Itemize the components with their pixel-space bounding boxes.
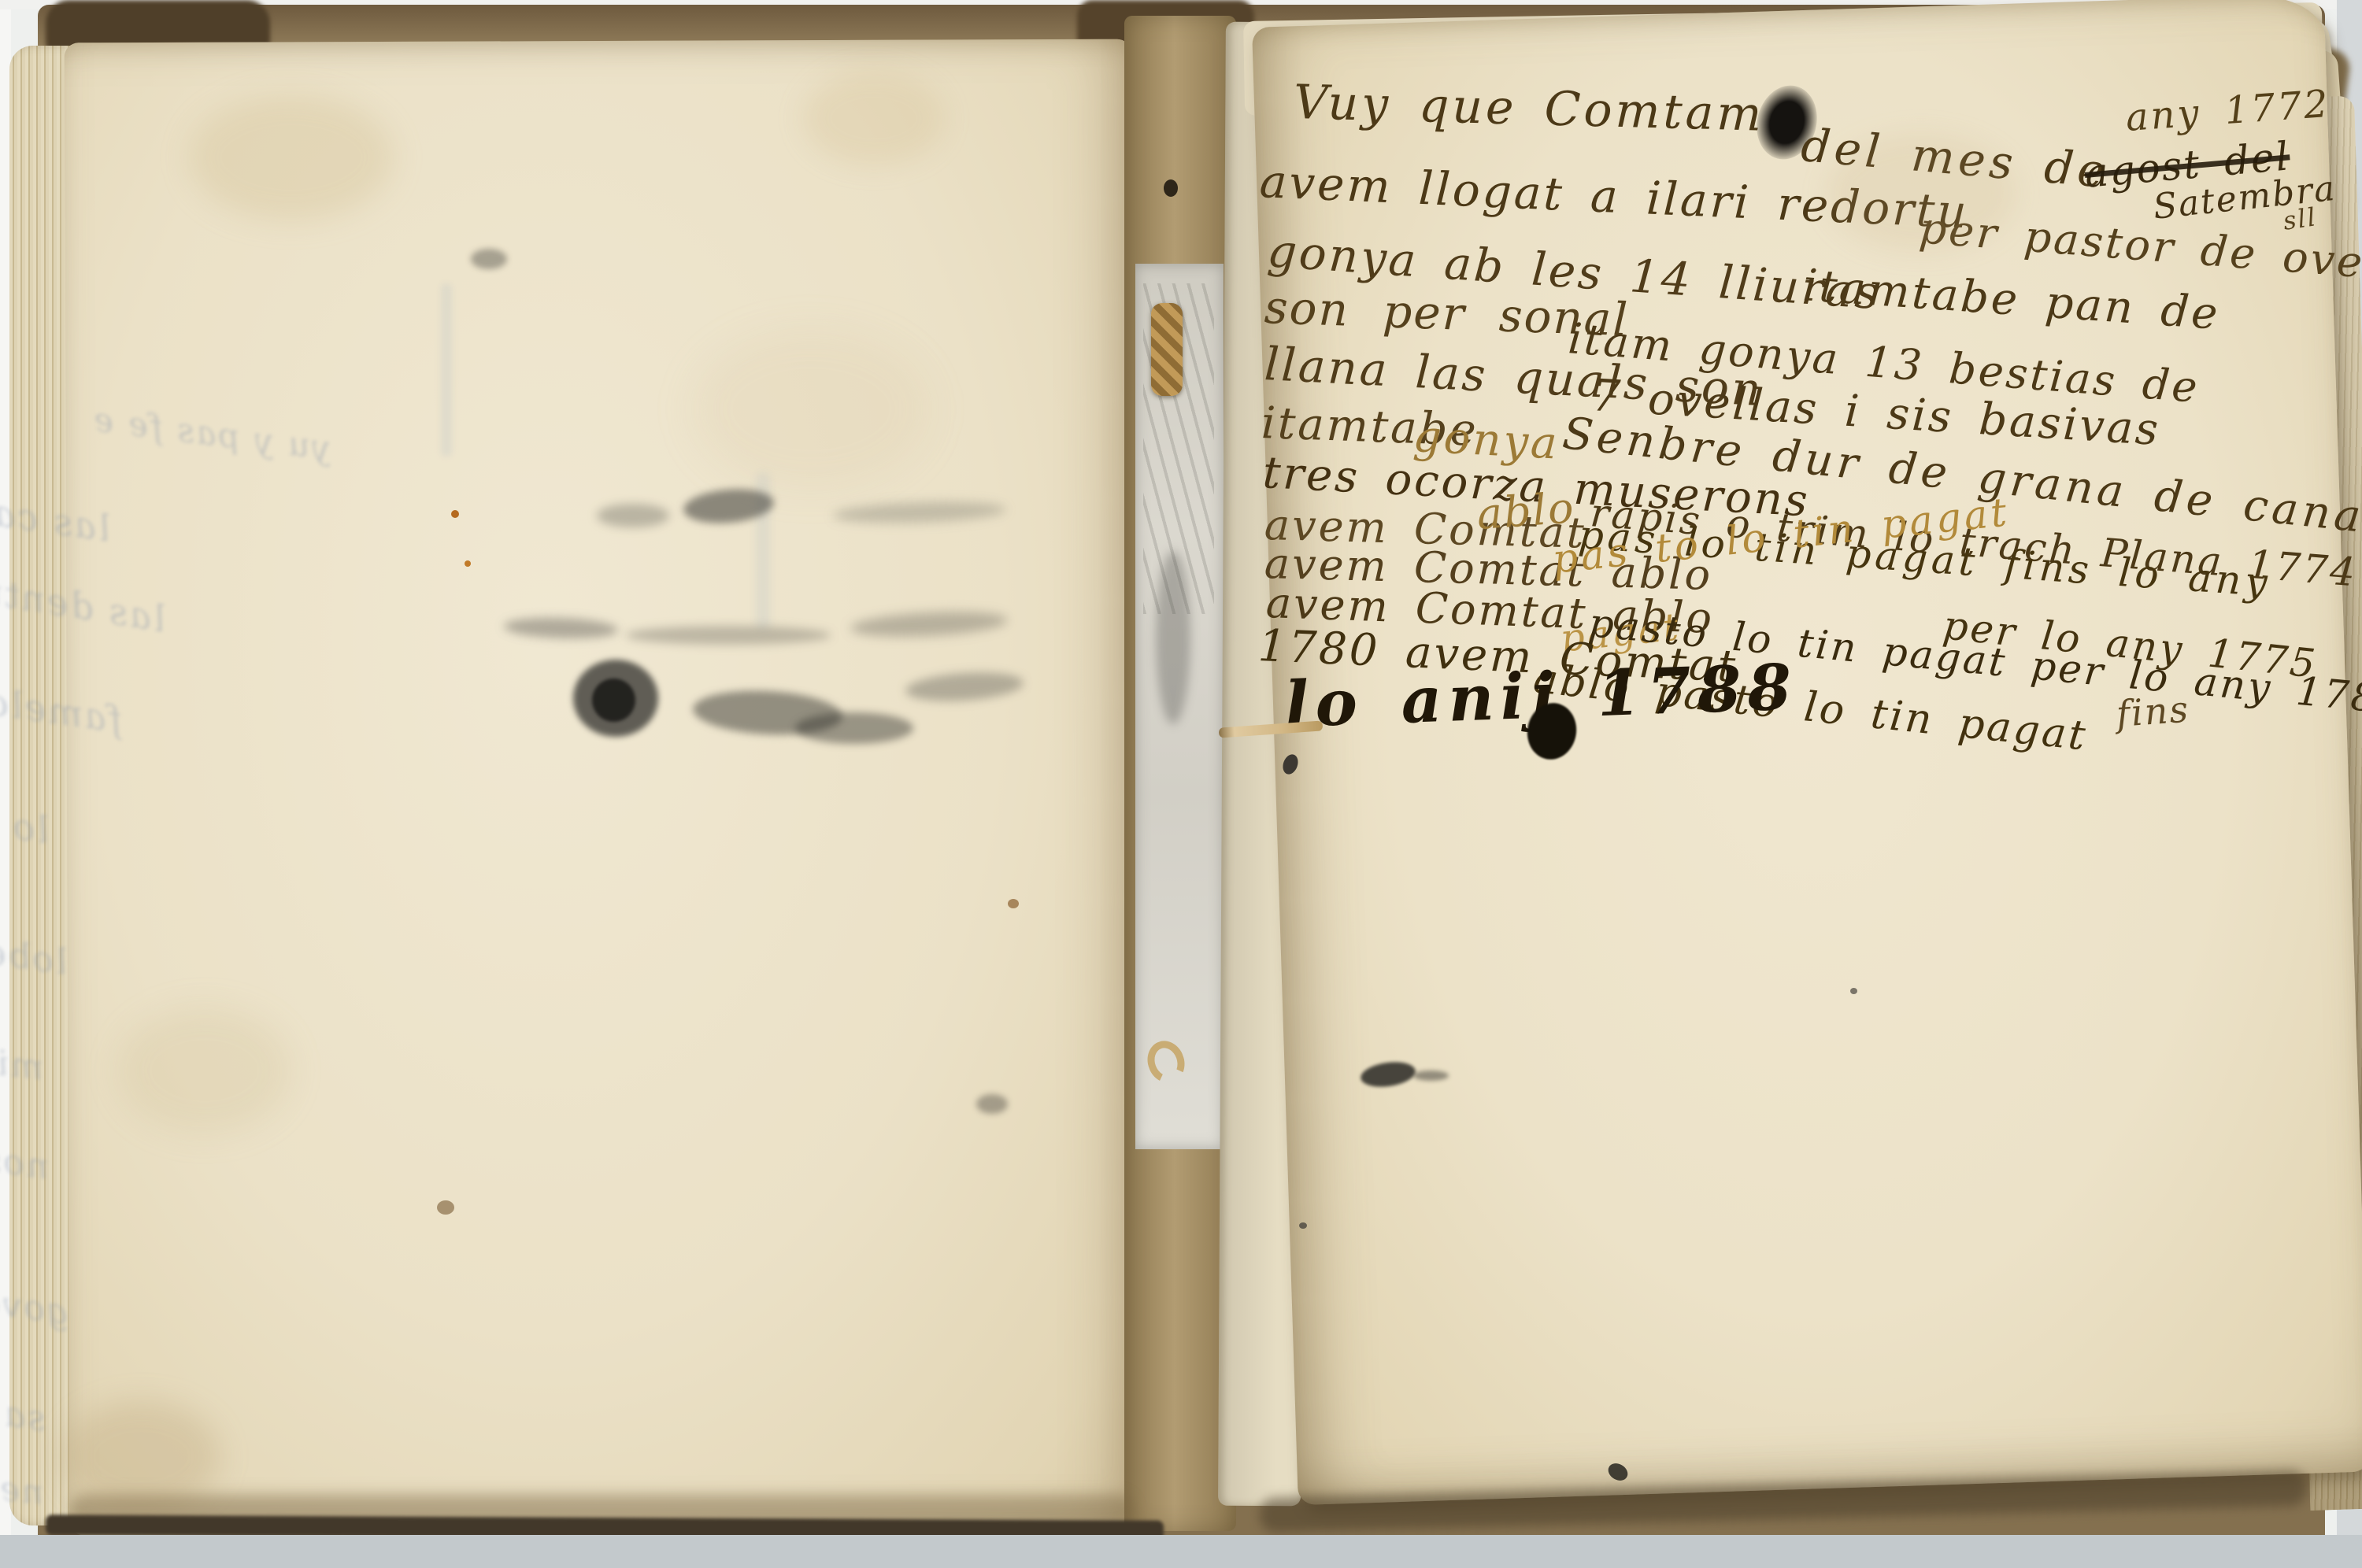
stain [1827,134,2016,252]
ink-smudge [626,626,831,645]
stain [803,71,945,165]
binding-cord [1151,303,1183,396]
ink-smudge [592,679,635,722]
left-page [65,39,1137,1536]
handwriting-abbrev: sll [2281,202,2319,236]
spine-soiling [1156,551,1190,724]
ink-smudge [795,712,913,744]
water-streak [441,283,452,457]
ink-smudge [597,504,669,527]
ink-speck [1850,988,1857,994]
ink-speck [1299,1222,1307,1229]
ink-smudge [1413,1071,1449,1081]
debris-speck [437,1200,454,1215]
stain [118,1008,291,1133]
rust-speck [1008,899,1019,908]
manuscript-scan: yu y pas fe e las cabosa past ras le las… [0,0,2362,1568]
handwriting-line: fins [2115,688,2191,735]
ink-smudge [471,249,507,269]
stain [693,331,929,488]
spine-hole [1164,179,1178,197]
stain [189,94,394,220]
ink-smudge [976,1094,1008,1114]
handwriting-line-faded: ablo [1475,483,1577,539]
rust-speck [465,560,471,567]
scanner-bed-bottom [0,1535,2362,1568]
rust-speck [451,510,459,518]
